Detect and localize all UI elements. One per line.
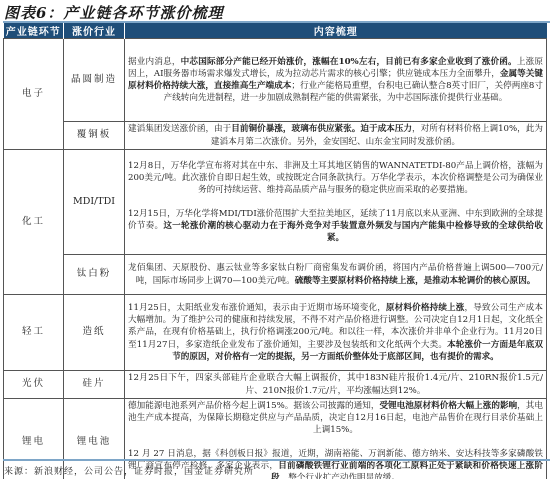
content-cell: 12月8日，万华化学宣布将对其在中东、非洲及土耳其地区销售的WANNATETDI… [125, 150, 547, 255]
sector-cell: 电子 [4, 39, 64, 150]
content-cell: 11月25日，太阳纸业发布涨价通知，表示由于近期市场环境变化，原材料价格持续上涨… [125, 295, 547, 371]
footer-rule [3, 459, 550, 461]
header-industry: 涨价行业 [64, 23, 125, 39]
industry-cell: 硅片 [64, 371, 125, 399]
table-row: 钛白粉 龙佰集团、天原股份、惠云钛业等多家钛白粉厂商密集发布调价函，将国内产品价… [4, 255, 547, 295]
body-text: ，整个行业扩产动作明显放缓。 [280, 473, 400, 479]
emphasis-text: 目前铜价暴涨，玻璃布供应紧张。迫于成本压力 [231, 124, 412, 134]
content-paragraph: 12月25日下午，四家头部硅片企业联合大幅上调报价，其中183N硅片报价1.4元… [128, 372, 543, 396]
header-sector: 产业链环节 [4, 23, 64, 39]
body-text: 德加能源电池系列产品价格今起上调15%。据该公司披露的通知， [128, 401, 379, 411]
content-cell: 12月25日下午，四家头部硅片企业联合大幅上调报价，其中183N硅片报价1.4元… [125, 371, 547, 399]
sector-cell: 光伏 [4, 371, 64, 399]
industry-cell: 晶圆制造 [64, 39, 125, 122]
body-text: 12月25日下午，四家头部硅片企业联合大幅上调报价，其中183N硅片报价1.4元… [128, 373, 543, 395]
emphasis-text: 中芯国际部分产能已经开始涨价，涨幅在10%左右，目前已有多家企业收到了涨价函。 [181, 57, 517, 67]
content-paragraph: 德加能源电池系列产品价格今起上调15%。据该公司披露的通知，受锂电池原材料价格大… [128, 400, 543, 436]
price-increase-table: 产业链环节 涨价行业 内容梳理 电子 晶圆制造 据业内消息，中芯国际部分产能已经… [3, 23, 547, 479]
industry-cell: 覆铜板 [64, 122, 125, 150]
body-text: 建滔集团发送涨价函，由于 [128, 124, 231, 134]
content-paragraph: 11月25日，太阳纸业发布涨价通知，表示由于近期市场环境变化，原材料价格持续上涨… [128, 302, 543, 362]
body-text: 12月8日，万华化学宣布将对其在中东、非洲及土耳其地区销售的WANNATETDI… [128, 161, 543, 195]
emphasis-text: 原材料价格持续上涨 [386, 303, 465, 313]
sector-cell: 化工 [4, 150, 64, 295]
header-content: 内容梳理 [125, 23, 547, 39]
content-cell: 龙佰集团、天原股份、惠云钛业等多家钛白粉厂商密集发布调价函，将国内产品价格普遍上… [125, 255, 547, 295]
figure-title: 图表6：产业链各环节涨价梳理 [4, 2, 223, 23]
industry-cell: 钛白粉 [64, 255, 125, 295]
content-paragraph: 龙佰集团、天原股份、惠云钛业等多家钛白粉厂商密集发布调价函，将国内产品价格普遍上… [128, 262, 543, 286]
emphasis-text: 硫酸等主要原材料价格持续上涨，是推动本轮调价的核心原因。 [295, 276, 536, 286]
content-paragraph: 12月8日，万华化学宣布将对其在中东、非洲及土耳其地区销售的WANNATETDI… [128, 160, 543, 196]
content-paragraph: 据业内消息，中芯国际部分产能已经开始涨价，涨幅在10%左右，目前已有多家企业收到… [128, 56, 543, 104]
table-row: 覆铜板 建滔集团发送涨价函，由于目前铜价暴涨，玻璃布供应紧张。迫于成本压力，对所… [4, 122, 547, 150]
body-text: 据业内消息， [128, 57, 181, 67]
content-paragraph: 12月15日，万华化学将MDI/TDI涨价范围扩大至拉美地区，延续了11月底以来… [128, 208, 543, 244]
table-row: 轻工 造纸 11月25日，太阳纸业发布涨价通知，表示由于近期市场环境变化，原材料… [4, 295, 547, 371]
content-cell: 据业内消息，中芯国际部分产能已经开始涨价，涨幅在10%左右，目前已有多家企业收到… [125, 39, 547, 122]
industry-cell: MDI/TDI [64, 150, 125, 255]
table-row: 电子 晶圆制造 据业内消息，中芯国际部分产能已经开始涨价，涨幅在10%左右，目前… [4, 39, 547, 122]
emphasis-text: 受锂电池原材料价格大幅上涨的影响 [379, 401, 517, 411]
content-paragraph: 建滔集团发送涨价函，由于目前铜价暴涨，玻璃布供应紧张。迫于成本压力，对所有材料价… [128, 123, 543, 147]
table-header-row: 产业链环节 涨价行业 内容梳理 [4, 23, 547, 39]
emphasis-text: 这一轮涨价潮的核心驱动力在于海外竞争对手装置意外频发与国内产能集中检修导致的全球… [163, 221, 543, 243]
source-note: 来源：新浪财经，公司公告，证券时报，国金证券研究所 [4, 464, 254, 477]
table-row: 光伏 硅片 12月25日下午，四家头部硅片企业联合大幅上调报价，其中183N硅片… [4, 371, 547, 399]
body-text: 11月25日，太阳纸业发布涨价通知，表示由于近期市场环境变化， [128, 303, 386, 313]
sector-cell: 轻工 [4, 295, 64, 371]
content-cell: 建滔集团发送涨价函，由于目前铜价暴涨，玻璃布供应紧张。迫于成本压力，对所有材料价… [125, 122, 547, 150]
table-row: 化工 MDI/TDI 12月8日，万华化学宣布将对其在中东、非洲及土耳其地区销售… [4, 150, 547, 255]
industry-cell: 造纸 [64, 295, 125, 371]
